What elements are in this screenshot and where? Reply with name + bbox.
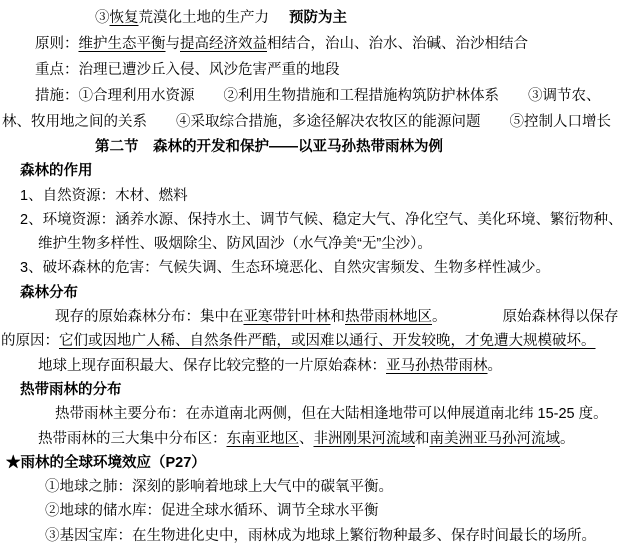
largest-period: 。 [488, 358, 503, 374]
underlined-rainforest-area: 热带雨林地区 [345, 309, 432, 325]
effects-heading-text: 雨林的全球环境效应（P27） [21, 455, 206, 471]
line-role-2a: 2、环境资源：涵养水源、保持水土、调节气候、稳定大气、净化空气、美化环境、繁衍物… [0, 208, 621, 232]
circled-3-marker: ③ [95, 10, 110, 26]
line-largest-forest: 地球上现存面积最大、保存比较完整的一片原始森林：亚马孙热带雨林。 [0, 354, 621, 378]
heading-global-effects: ★雨林的全球环境效应（P27） [0, 451, 621, 475]
regions-prefix: 热带雨林的三大集中分布区： [38, 431, 227, 447]
line-role-2b: 维护生物多样性、吸烟除尘、防风固沙（水气净美“无”尘沙）。 [0, 232, 621, 256]
heading-rainforest-distribution: 热带雨林的分布 [0, 378, 621, 402]
line-principle: 原则：维护生态平衡与提高经济效益相结合，治山、治水、治碱、治沙相结合 [0, 31, 621, 57]
principle-rest: 相结合，治山、治水、治碱、治沙相结合 [267, 36, 528, 52]
line-effect-lungs: ①地球之肺：深刻的影响着地球上大气中的碳氧平衡。 [0, 475, 621, 499]
principle-label: 原则： [35, 36, 79, 52]
line-focus: 重点：治理已遭沙丘入侵、风沙危害严重的地段 [0, 57, 621, 83]
line-restore-productivity: ③恢复荒漠化土地的生产力预防为主 [0, 5, 621, 31]
regions-separator: 、 [299, 431, 314, 447]
line-effect-gene-bank: ③基因宝库：在生物进化史中，雨林成为地球上繁衍物种最多、保存时间最长的场所。 [0, 524, 621, 548]
heading-forest-role: 森林的作用 [0, 159, 621, 183]
line-role-1: 1、自然资源：木材、燃料 [0, 184, 621, 208]
reason-prefix: 的原因： [1, 333, 59, 349]
primeval-conjunction: 和 [331, 309, 346, 325]
underlined-southeast-asia: 东南亚地区 [227, 431, 300, 447]
line-role-3: 3、破坏森林的危害：气候失调、生态环境恶化、自然灾害频发、生物多样性减少。 [0, 256, 621, 280]
regions-period: 。 [560, 431, 575, 447]
line-rainforest-regions: 热带雨林的三大集中分布区：东南亚地区、非洲刚果河流域和南美洲亚马孙河流域。 [0, 427, 621, 451]
document-page: ③恢复荒漠化土地的生产力预防为主 原则：维护生态平衡与提高经济效益相结合，治山、… [0, 0, 621, 550]
section-title: 第二节 森林的开发和保护——以亚马孙热带雨林为例 [0, 135, 621, 159]
line-preservation-reason: 的原因：它们或因地广人稀、自然条件严酷，或因难以通行、开发较晚，才免遭大规模破坏… [0, 329, 621, 353]
primeval-prefix: 现存的原始森林分布：集中在 [55, 309, 244, 325]
heading-forest-distribution: 森林分布 [0, 281, 621, 305]
underlined-amazon-basin: 南美洲亚马孙河流域 [430, 431, 561, 447]
star-icon: ★ [6, 455, 21, 471]
line-primeval-distribution: 现存的原始森林分布：集中在亚寒带针叶林和热带雨林地区。原始森林得以保存 [0, 305, 621, 329]
primeval-tail: 原始森林得以保存 [503, 309, 619, 325]
line-measures-2: 林、牧用地之间的关系 ④采取综合措施，多途径解决农牧区的能源问题 ⑤控制人口增长 [0, 109, 621, 135]
underlined-boreal-forest: 亚寒带针叶林 [244, 309, 331, 325]
principle-conjunction: 与 [166, 36, 181, 52]
primeval-period: 。 [432, 309, 447, 325]
regions-conjunction: 和 [415, 431, 430, 447]
bold-prevention-note: 预防为主 [289, 10, 347, 26]
line-measures-1: 措施：①合理利用水资源 ②利用生物措施和工程措施构筑防护林体系 ③调节农、 [0, 83, 621, 109]
underlined-economic-benefit: 提高经济效益 [180, 36, 267, 52]
underlined-reason: 它们或因地广人稀、自然条件严酷，或因难以通行、开发较晚，才免遭大规模破坏。 [59, 333, 596, 349]
underlined-eco-balance: 维护生态平衡 [79, 36, 166, 52]
line-effect-reservoir: ②地球的储水库：促进全球水循环、调节全球水平衡 [0, 499, 621, 523]
line-rainforest-location: 热带雨林主要分布：在赤道南北两侧，但在大陆相逢地带可以伸展道南北纬 15-25 … [0, 402, 621, 426]
underlined-restore: 恢复 [110, 10, 139, 26]
underlined-amazon-rainforest: 亚马孙热带雨林 [386, 358, 488, 374]
underlined-congo-basin: 非洲刚果河流域 [314, 431, 416, 447]
largest-prefix: 地球上现存面积最大、保存比较完整的一片原始森林： [38, 358, 386, 374]
restore-text: 荒漠化土地的生产力 [139, 10, 270, 26]
